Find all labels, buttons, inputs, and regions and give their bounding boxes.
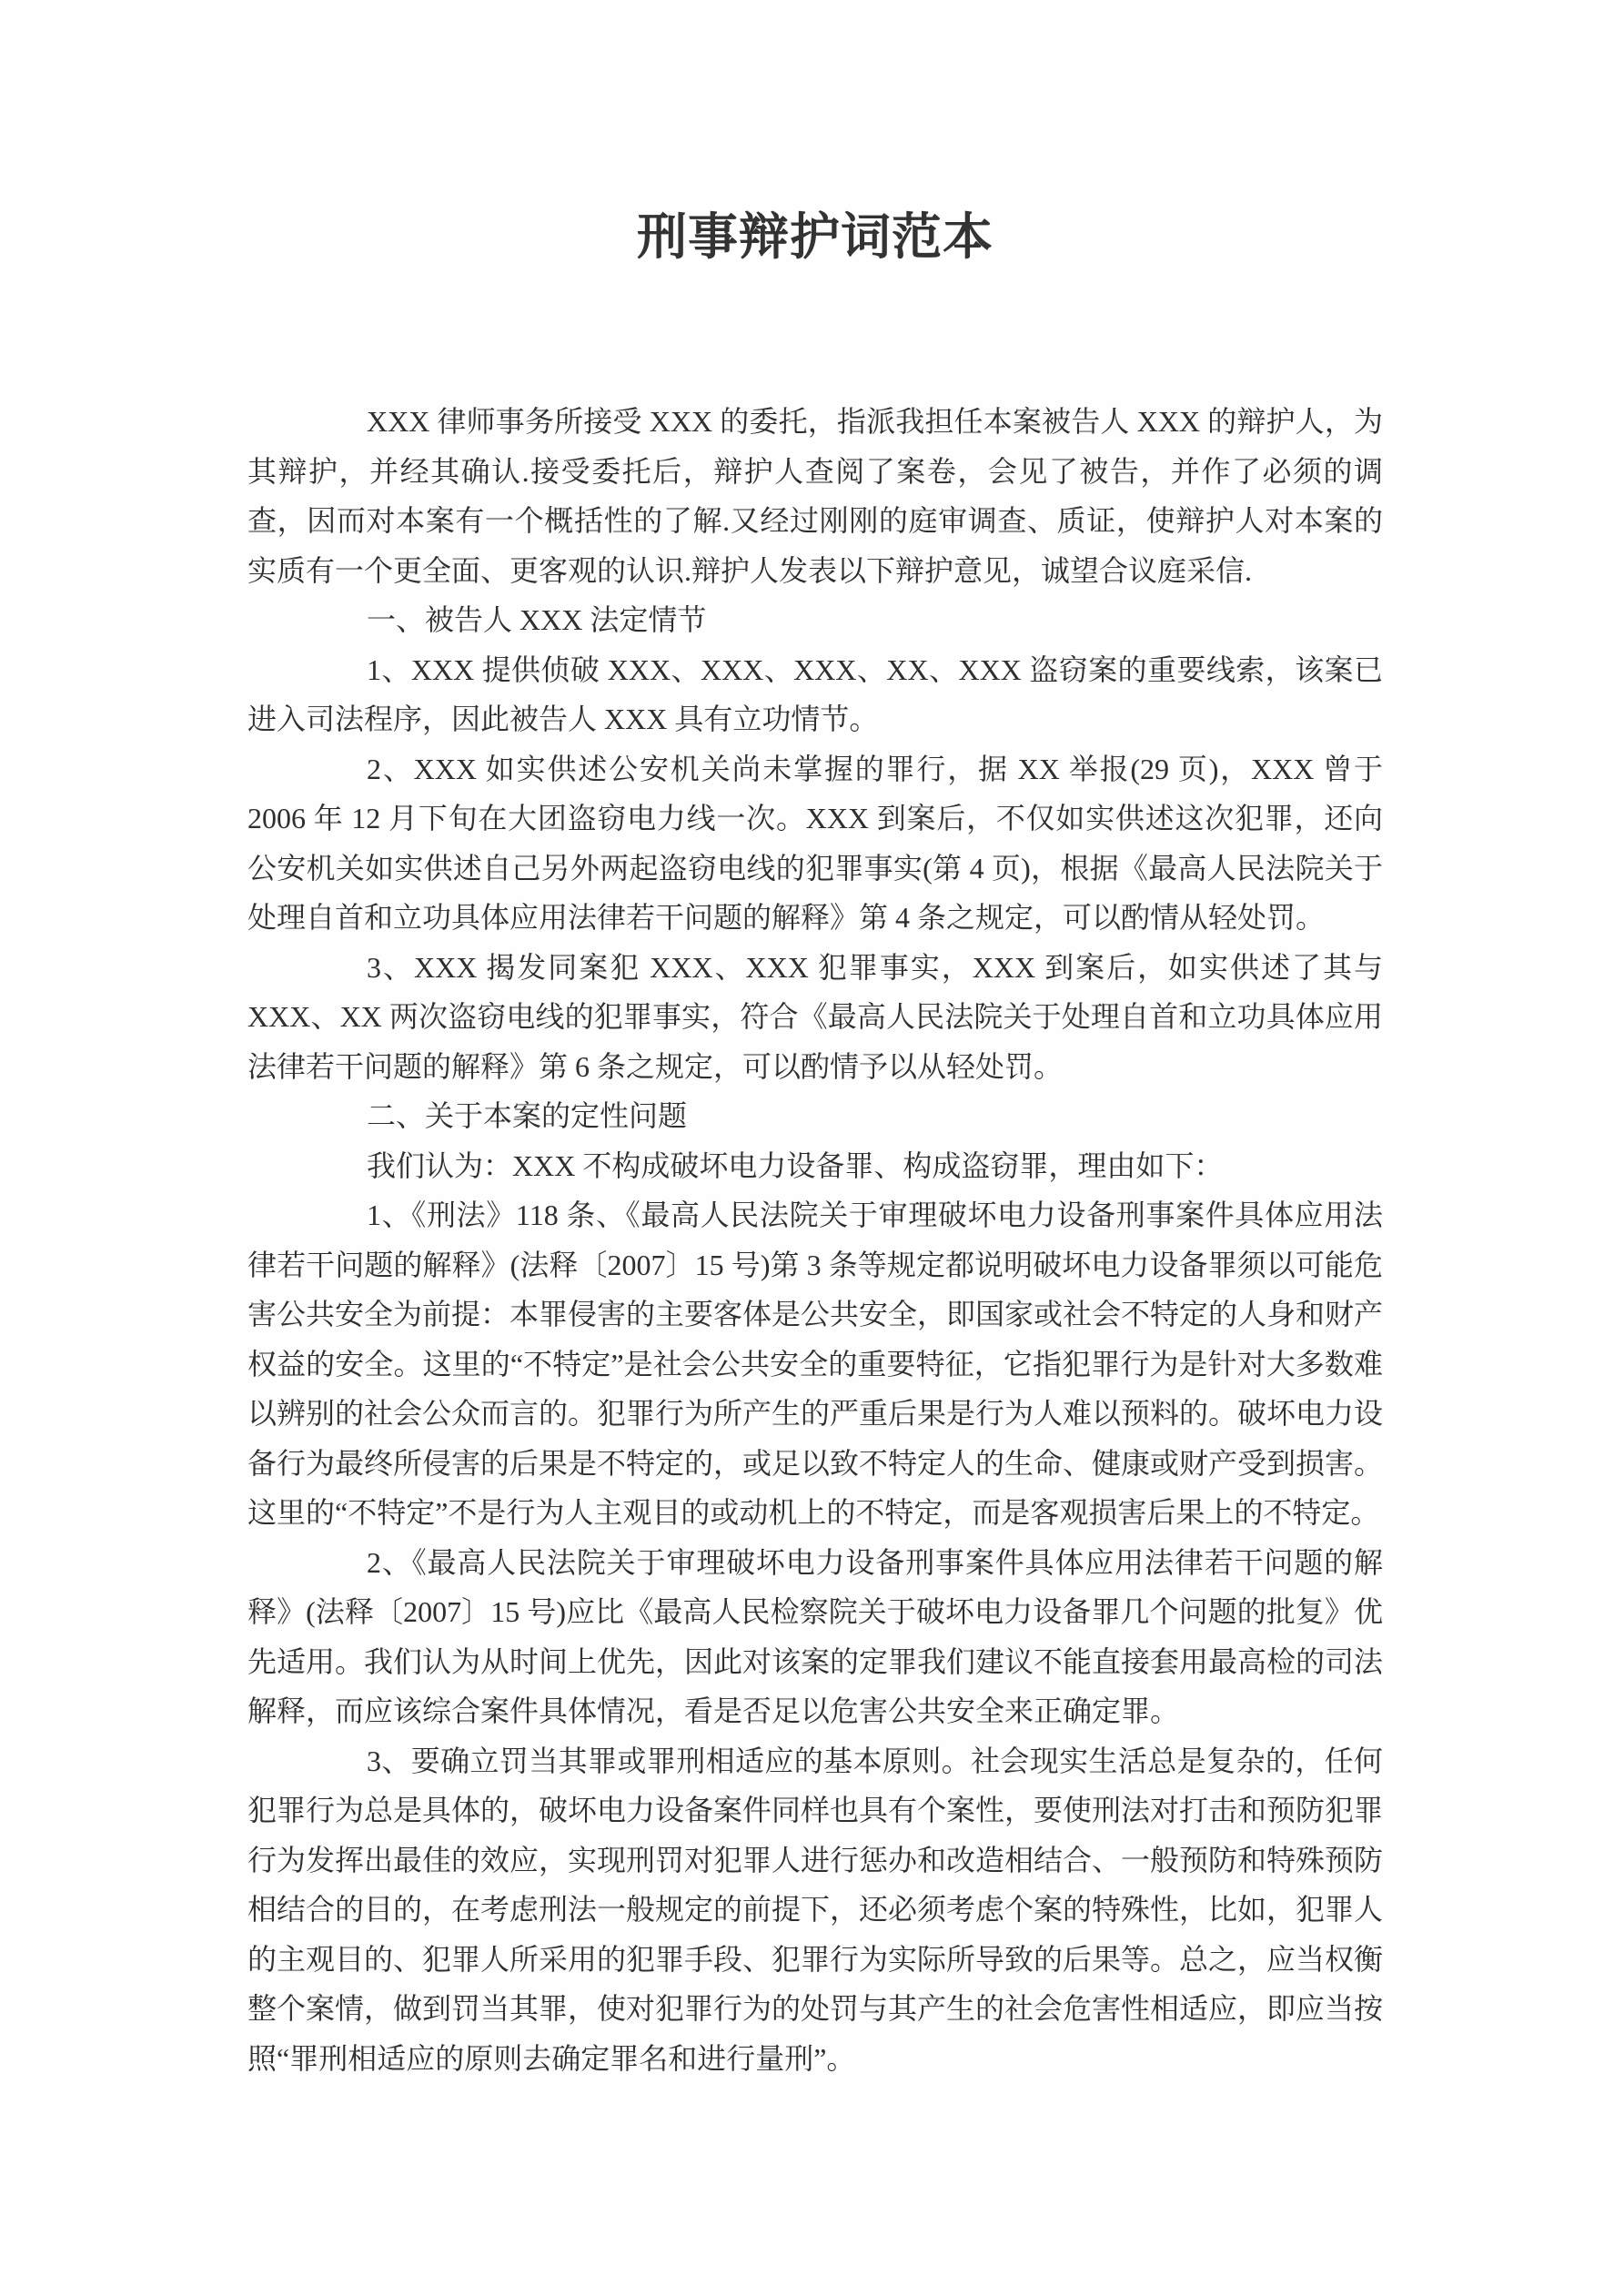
section-2-heading: 二、关于本案的定性问题	[247, 1091, 1383, 1141]
section-1-item-2: 2、XXX 如实供述公安机关尚未掌握的罪行，据 XX 举报(29 页)，XXX …	[247, 744, 1383, 943]
section-2-opinion: 我们认为：XXX 不构成破坏电力设备罪、构成盗窃罪，理由如下：	[247, 1141, 1383, 1191]
section-1-item-3: 3、XXX 揭发同案犯 XXX、XXX 犯罪事实，XXX 到案后，如实供述了其与…	[247, 943, 1383, 1092]
intro-paragraph: XXX 律师事务所接受 XXX 的委托，指派我担任本案被告人 XXX 的辩护人，…	[247, 397, 1383, 595]
section-2-item-1: 1、《刑法》118 条、《最高人民法院关于审理破坏电力设备刑事案件具体应用法律若…	[247, 1190, 1383, 1538]
document-page: 刑事辩护词范本 XXX 律师事务所接受 XXX 的委托，指派我担任本案被告人 X…	[0, 0, 1624, 2296]
section-2-item-3: 3、要确立罚当其罪或罪刑相适应的基本原则。社会现实生活总是复杂的，任何犯罪行为总…	[247, 1736, 1383, 2084]
document-body: XXX 律师事务所接受 XXX 的委托，指派我担任本案被告人 XXX 的辩护人，…	[247, 397, 1383, 2083]
document-title: 刑事辩护词范本	[247, 207, 1383, 266]
section-2-item-2: 2、《最高人民法院关于审理破坏电力设备刑事案件具体应用法律若干问题的解释》(法释…	[247, 1538, 1383, 1736]
document-content: 刑事辩护词范本 XXX 律师事务所接受 XXX 的委托，指派我担任本案被告人 X…	[247, 0, 1383, 2083]
section-1-item-1: 1、XXX 提供侦破 XXX、XXX、XXX、XX、XXX 盗窃案的重要线索，该…	[247, 645, 1383, 744]
section-1-heading: 一、被告人 XXX 法定情节	[247, 595, 1383, 645]
